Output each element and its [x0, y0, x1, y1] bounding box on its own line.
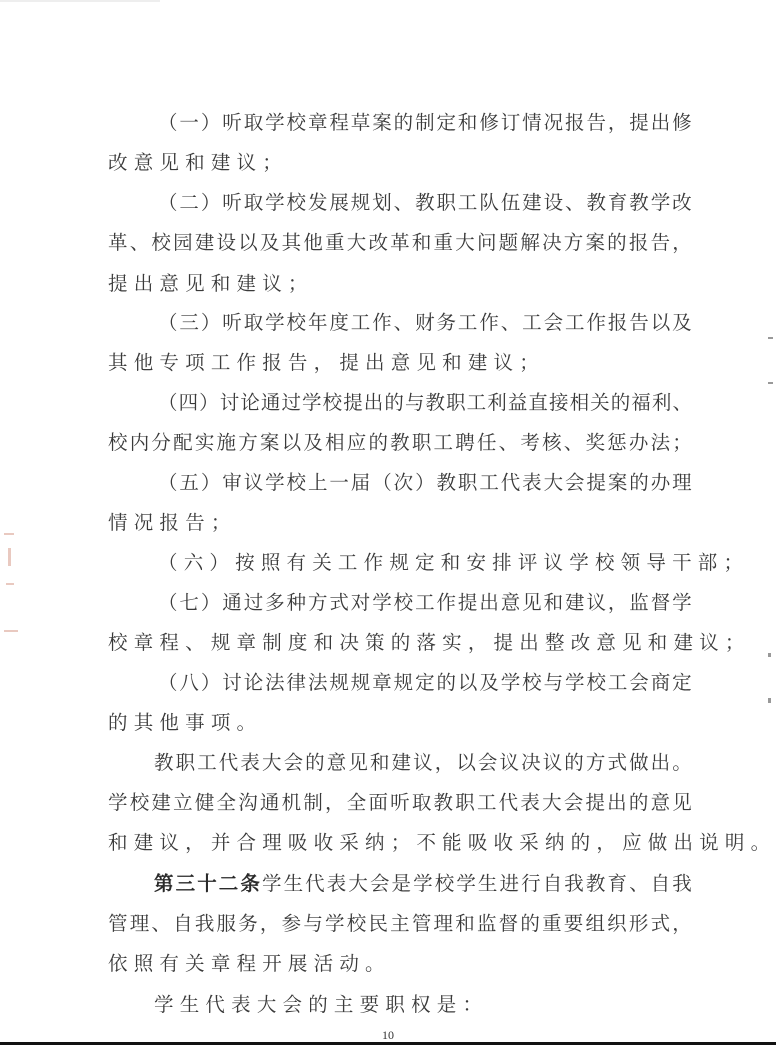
- text-char: 制: [415, 109, 435, 137]
- text-char: 。: [365, 950, 385, 978]
- text-char: 和: [370, 749, 390, 777]
- scan-speck: [768, 698, 771, 703]
- text-char: 、: [564, 429, 584, 457]
- scan-speck: [768, 382, 773, 384]
- text-char: 讨: [222, 669, 242, 697]
- text-char: 出: [651, 749, 671, 777]
- text-char: 教: [415, 189, 435, 217]
- text-char: 及: [303, 429, 323, 457]
- text-char: 代: [499, 789, 519, 817]
- text-char: 职: [385, 991, 405, 1019]
- text-char: 做: [629, 749, 649, 777]
- text-char: 部: [698, 549, 718, 577]
- text-char: 大: [262, 749, 282, 777]
- text-char: 学: [501, 669, 521, 697]
- text-char: 大: [257, 991, 277, 1019]
- text-char: 表: [327, 870, 347, 898]
- text-line: 校内分配实施方案以及相应的教职工聘任、考核、奖惩办法；: [108, 429, 692, 457]
- text-char: 意: [651, 789, 671, 817]
- text-char: ，: [260, 910, 280, 938]
- article-heading-char: 十: [197, 870, 217, 898]
- text-char: 告: [651, 229, 671, 257]
- text-char: 表: [520, 789, 540, 817]
- text-char: 展: [288, 950, 308, 978]
- text-char: 大: [544, 469, 564, 497]
- text-char: 依: [108, 950, 128, 978]
- text-char: 工: [522, 309, 542, 337]
- text-char: 报: [159, 509, 179, 537]
- text-char: 和: [544, 589, 564, 617]
- text-char: 改: [672, 189, 692, 217]
- text-char: 学: [108, 789, 128, 817]
- text-char: 见: [159, 149, 179, 177]
- text-char: 章: [308, 109, 328, 137]
- text-char: 能: [442, 829, 462, 857]
- text-char: 的: [611, 389, 631, 417]
- text-char: 听: [222, 309, 242, 337]
- text-char: 四: [179, 389, 199, 417]
- text-char: 学: [302, 389, 322, 417]
- text-char: 学: [154, 991, 174, 1019]
- text-char: 自: [651, 870, 671, 898]
- text-char: 建: [392, 749, 412, 777]
- text-char: 动: [339, 950, 359, 978]
- text-char: 展: [329, 189, 349, 217]
- text-char: 我: [564, 870, 584, 898]
- text-char: 教: [586, 870, 606, 898]
- text-char: 案: [260, 429, 280, 457]
- text-char: 决: [542, 229, 562, 257]
- text-char: 照: [134, 950, 154, 978]
- text-char: 章: [372, 669, 392, 697]
- text-char: 议: [244, 469, 264, 497]
- text-char: 奖: [585, 429, 605, 457]
- text-char: 民: [368, 910, 388, 938]
- text-char: 规: [351, 669, 371, 697]
- text-char: 表: [231, 991, 251, 1019]
- text-char: 告: [185, 509, 205, 537]
- text-char: 意: [327, 749, 347, 777]
- text-char: 教: [426, 389, 446, 417]
- text-char: ）: [201, 469, 221, 497]
- text-char: ）: [201, 669, 221, 697]
- text-char: 、: [151, 910, 171, 938]
- text-char: 监: [477, 910, 497, 938]
- text-char: 律: [287, 669, 307, 697]
- scan-edge-artifact: [0, 0, 160, 2]
- text-char: 及: [260, 229, 280, 257]
- text-char: 、: [499, 429, 519, 457]
- text-char: 议: [500, 749, 520, 777]
- text-char: ；: [391, 829, 411, 857]
- text-char: 作: [479, 309, 499, 337]
- text-char: 和: [211, 270, 231, 298]
- text-char: （: [158, 589, 178, 617]
- text-char: 以: [238, 229, 258, 257]
- text-char: 章: [134, 629, 154, 657]
- text-char: 议: [543, 749, 563, 777]
- text-char: 收: [314, 829, 334, 857]
- text-char: 职: [455, 789, 475, 817]
- text-char: 建: [195, 229, 215, 257]
- text-char: 落: [416, 629, 436, 657]
- text-char: 出: [519, 629, 539, 657]
- text-char: 议: [413, 749, 433, 777]
- text-char: 、: [394, 309, 414, 337]
- text-char: 次: [394, 469, 414, 497]
- article-heading-char: 条: [240, 870, 260, 898]
- text-char: 的: [394, 109, 414, 137]
- text-char: 以: [458, 669, 478, 697]
- text-char: 见: [348, 749, 368, 777]
- text-char: 职: [446, 389, 466, 417]
- text-char: 是: [392, 870, 412, 898]
- text-char: 方: [238, 429, 258, 457]
- text-char: 采: [339, 829, 359, 857]
- text-char: ，: [672, 910, 692, 938]
- text-char: 并: [211, 829, 231, 857]
- text-char: 学: [651, 189, 671, 217]
- text-char: 的: [368, 429, 388, 457]
- text-char: 督: [499, 910, 519, 938]
- text-char: 干: [672, 549, 692, 577]
- text-char: ）: [209, 549, 229, 577]
- article-heading-char: 第: [154, 870, 174, 898]
- text-line: （四）讨论通过学校提出的与教职工利益直接相关的福利、: [158, 389, 692, 417]
- text-char: 的: [629, 469, 649, 497]
- text-char: 学: [265, 109, 285, 137]
- text-char: 告: [629, 309, 649, 337]
- text-line: （一）听取学校章程草案的制定和修订情况报告，提出修: [158, 109, 692, 137]
- text-char: 代: [219, 749, 239, 777]
- text-char: 有: [287, 549, 307, 577]
- text-char: 听: [222, 109, 242, 137]
- page-number: 10: [0, 1028, 776, 1043]
- text-char: 工: [458, 309, 478, 337]
- text-char: 分: [151, 429, 171, 457]
- text-char: 领: [621, 549, 641, 577]
- text-char: 决: [521, 749, 541, 777]
- text-char: 实: [195, 429, 215, 457]
- text-char: 重: [542, 910, 562, 938]
- text-char: 方: [308, 589, 328, 617]
- text-char: ，: [608, 109, 628, 137]
- text-char: 规: [394, 669, 414, 697]
- text-char: 见: [416, 349, 436, 377]
- text-char: 照: [261, 549, 281, 577]
- text-char: 作: [586, 309, 606, 337]
- text-char: 相: [325, 429, 345, 457]
- text-line: 学校建立健全沟通机制，全面听取教职工代表大会提出的意见: [108, 789, 692, 817]
- text-char: 学: [372, 589, 392, 617]
- text-char: 提: [586, 469, 606, 497]
- text-char: 的: [564, 749, 584, 777]
- text-char: 内: [130, 429, 150, 457]
- text-char: 建: [134, 829, 154, 857]
- text-char: 情: [522, 109, 542, 137]
- text-char: 和: [455, 910, 475, 938]
- text-char: 提: [629, 109, 649, 137]
- text-char: 生: [180, 991, 200, 1019]
- text-char: 的: [436, 669, 456, 697]
- text-char: 草: [351, 109, 371, 137]
- text-char: 职: [458, 469, 478, 497]
- text-char: 健: [195, 789, 215, 817]
- text-char: 和: [108, 829, 128, 857]
- text-char: 提: [108, 270, 128, 298]
- text-char: 、: [185, 629, 205, 657]
- text-char: 校: [522, 669, 542, 697]
- text-char: 不: [416, 829, 436, 857]
- text-char: 规: [329, 669, 349, 697]
- text-char: 主: [390, 910, 410, 938]
- text-char: 种: [287, 589, 307, 617]
- scan-speck: [768, 337, 773, 339]
- text-char: 工: [351, 309, 371, 337]
- text-char: 议: [544, 549, 564, 577]
- article-heading-char: 二: [219, 870, 239, 898]
- text-char: 出: [673, 829, 693, 857]
- text-char: 做: [648, 829, 668, 857]
- text-char: ，: [435, 749, 455, 777]
- text-char: 学: [265, 189, 285, 217]
- text-char: 明: [725, 829, 745, 857]
- text-char: 会: [565, 469, 585, 497]
- text-char: 队: [479, 189, 499, 217]
- text-char: 项: [211, 709, 231, 737]
- text-char: 取: [244, 309, 264, 337]
- text-char: 、: [394, 189, 414, 217]
- text-char: 考: [520, 429, 540, 457]
- text-char: 利: [487, 389, 507, 417]
- text-char: 纳: [365, 829, 385, 857]
- text-char: 多: [265, 589, 285, 617]
- text-char: 议: [159, 829, 179, 857]
- text-char: 有: [159, 950, 179, 978]
- text-char: 采: [519, 829, 539, 857]
- text-char: ）: [199, 389, 219, 417]
- text-char: 意: [134, 149, 154, 177]
- text-char: 表: [522, 469, 542, 497]
- text-char: 提: [458, 589, 478, 617]
- text-line: 情况报告；: [108, 509, 692, 537]
- text-char: 会: [284, 749, 304, 777]
- text-char: 、: [565, 189, 585, 217]
- text-line: 依照有关章程开展活动。: [108, 950, 692, 978]
- text-char: 见: [672, 789, 692, 817]
- text-char: 和: [458, 109, 478, 137]
- text-char: 议: [494, 349, 514, 377]
- text-char: 重: [325, 229, 345, 257]
- text-char: 告: [288, 349, 308, 377]
- text-char: 六: [184, 549, 204, 577]
- text-char: 聘: [455, 429, 475, 457]
- text-char: ；: [211, 509, 231, 537]
- text-char: 园: [173, 229, 193, 257]
- text-char: 的: [384, 389, 404, 417]
- text-char: 工: [467, 389, 487, 417]
- text-char: 见: [622, 629, 642, 657]
- text-char: 听: [222, 189, 242, 217]
- text-char: 报: [629, 229, 649, 257]
- text-char: 理: [672, 469, 692, 497]
- text-char: 校: [394, 589, 414, 617]
- text-char: 我: [195, 910, 215, 938]
- text-char: 五: [179, 469, 199, 497]
- text-char: ；: [672, 429, 692, 457]
- text-char: 论: [240, 389, 260, 417]
- text-char: 程: [237, 950, 257, 978]
- text-char: 代: [501, 469, 521, 497]
- text-line: （二）听取学校发展规划、教职工队伍建设、教育教学改: [158, 189, 692, 217]
- text-char: 职: [436, 189, 456, 217]
- text-char: 建: [211, 149, 231, 177]
- text-line: 其他专项工作报告，提出意见和建议；: [108, 349, 692, 377]
- text-line: 第三十二条学生代表大会是学校学生进行自我教育、自我: [154, 870, 692, 898]
- text-char: 建: [565, 589, 585, 617]
- text-char: 大: [347, 229, 367, 257]
- text-char: 案: [585, 229, 605, 257]
- text-char: 形: [629, 910, 649, 938]
- text-char: 报: [608, 309, 628, 337]
- text-char: 开: [262, 950, 282, 978]
- text-line: 的其他事项。: [108, 709, 692, 737]
- text-char: 意: [391, 349, 411, 377]
- text-char: 提: [585, 789, 605, 817]
- text-char: 章: [211, 950, 231, 978]
- text-char: 定: [415, 549, 435, 577]
- text-char: 吸: [288, 829, 308, 857]
- text-char: 及: [672, 309, 692, 337]
- text-line: 教职工代表大会的意见和建议，以会议决议的方式做出。: [154, 749, 692, 777]
- text-char: （: [158, 109, 178, 137]
- text-char: 教: [390, 429, 410, 457]
- text-char: 校: [595, 549, 615, 577]
- text-char: 应: [347, 429, 367, 457]
- text-char: 职: [412, 429, 432, 457]
- text-char: ）: [201, 189, 221, 217]
- text-char: 其: [134, 709, 154, 737]
- text-char: 取: [244, 109, 264, 137]
- text-char: 建: [468, 349, 488, 377]
- text-char: 的: [391, 629, 411, 657]
- text-char: 建: [673, 629, 693, 657]
- text-char: 报: [262, 349, 282, 377]
- text-char: 听: [390, 789, 410, 817]
- text-char: 及: [479, 669, 499, 697]
- text-char: 通: [222, 589, 242, 617]
- text-char: 财: [415, 309, 435, 337]
- text-char: 意: [596, 629, 616, 657]
- text-char: ，: [314, 349, 334, 377]
- document-page: （一）听取学校章程草案的制定和修订情况报告，提出修改意见和建议；（二）听取学校发…: [0, 0, 776, 1045]
- text-char: ；: [288, 270, 308, 298]
- text-char: 施: [217, 429, 237, 457]
- text-char: 学: [325, 910, 345, 938]
- text-char: 实: [442, 629, 462, 657]
- text-char: 案: [608, 469, 628, 497]
- text-char: 工: [458, 189, 478, 217]
- text-char: 办: [629, 429, 649, 457]
- text-char: 的: [305, 749, 325, 777]
- text-char: 益: [508, 389, 528, 417]
- text-char: 规: [389, 549, 409, 577]
- text-char: 会: [544, 309, 564, 337]
- text-char: ，: [325, 789, 345, 817]
- text-char: （: [158, 389, 178, 417]
- text-char: 方: [564, 229, 584, 257]
- text-char: 教: [434, 789, 454, 817]
- text-line: 学生代表大会的主要职权是：: [154, 991, 692, 1019]
- text-char: 育: [607, 870, 627, 898]
- text-char: 校: [323, 389, 343, 417]
- text-char: 定: [415, 669, 435, 697]
- text-char: 、: [130, 229, 150, 257]
- text-char: 式: [651, 910, 671, 938]
- text-char: 会: [629, 669, 649, 697]
- text-char: 改: [368, 229, 388, 257]
- text-char: 校: [287, 109, 307, 137]
- text-char: 度: [288, 629, 308, 657]
- article-heading-char: 三: [176, 870, 196, 898]
- text-char: 设: [217, 229, 237, 257]
- text-char: 一: [179, 109, 199, 137]
- text-char: 告: [586, 109, 606, 137]
- text-char: 方: [586, 749, 606, 777]
- text-char: 法: [651, 429, 671, 457]
- text-char: 办: [651, 469, 671, 497]
- text-char: 式: [607, 749, 627, 777]
- text-char: 情: [108, 509, 128, 537]
- text-char: 教: [154, 749, 174, 777]
- text-char: ，: [468, 629, 488, 657]
- text-char: 校: [347, 910, 367, 938]
- text-char: 福: [631, 389, 651, 417]
- text-char: 育: [608, 189, 628, 217]
- text-char: 议: [586, 589, 606, 617]
- text-char: 问: [477, 229, 497, 257]
- text-char: 定: [672, 669, 692, 697]
- text-line: （六）按照有关工作规定和安排评议学校领导干部；: [158, 549, 692, 577]
- text-char: 过: [244, 589, 264, 617]
- text-char: 年: [308, 309, 328, 337]
- text-char: 审: [222, 469, 242, 497]
- text-char: 督: [651, 589, 671, 617]
- text-char: 教: [586, 189, 606, 217]
- text-char: 会: [478, 749, 498, 777]
- text-char: 学: [569, 549, 589, 577]
- text-char: 的: [629, 789, 649, 817]
- text-char: 、: [629, 870, 649, 898]
- text-char: 建: [151, 789, 171, 817]
- text-char: 革: [108, 229, 128, 257]
- scan-speck: [768, 653, 771, 657]
- text-char: 解: [520, 229, 540, 257]
- margin-scan-mark: [4, 533, 14, 535]
- text-char: 以: [456, 749, 476, 777]
- text-char: 惩: [607, 429, 627, 457]
- text-char: 的: [571, 829, 591, 857]
- text-char: 自: [173, 910, 193, 938]
- text-char: 上: [308, 469, 328, 497]
- text-char: 的: [607, 229, 627, 257]
- text-char: 改: [571, 629, 591, 657]
- margin-scan-mark: [8, 548, 11, 566]
- text-char: 议: [699, 629, 719, 657]
- text-char: 织: [607, 910, 627, 938]
- text-char: ；: [262, 149, 282, 177]
- text-char: 排: [492, 549, 512, 577]
